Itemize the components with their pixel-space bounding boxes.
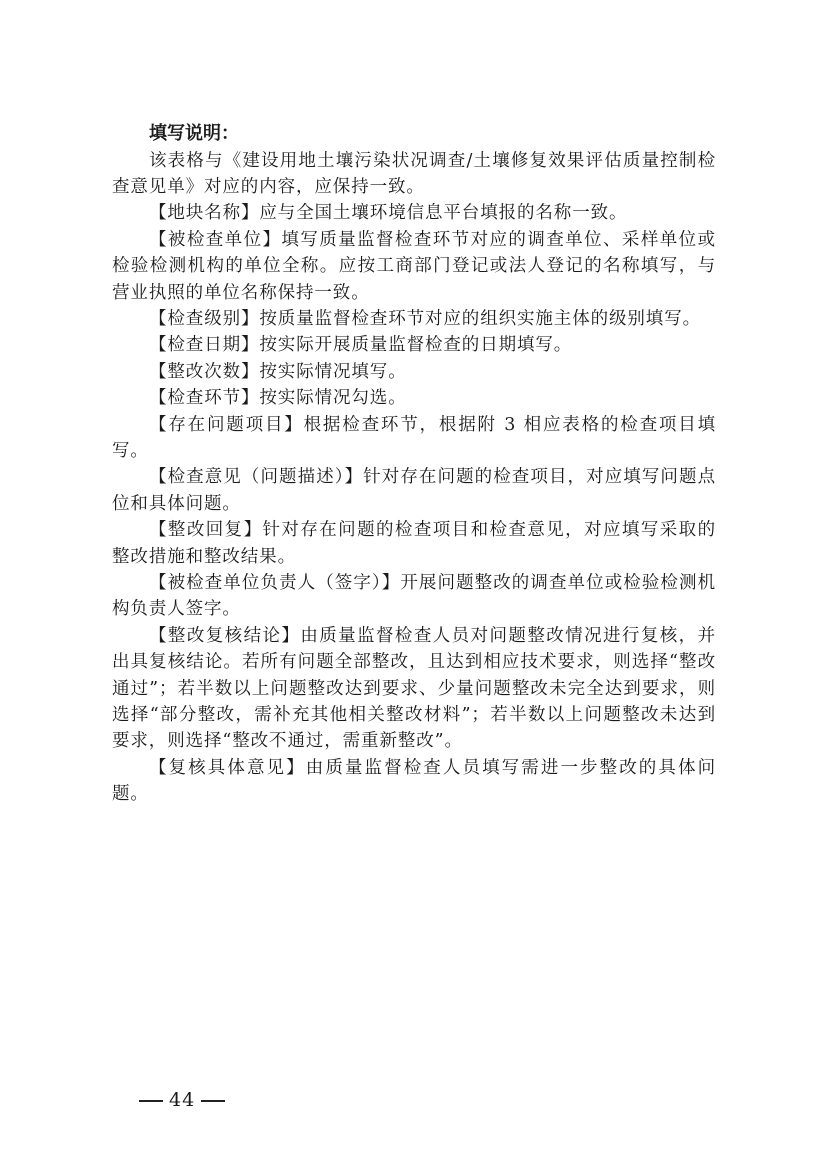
paragraph-review-opinion: 【复核具体意见】由质量监督检查人员填写需进一步整改的具体问题。 — [112, 755, 716, 808]
document-page: 填写说明： 该表格与《建设用地土壤污染状况调查/土壤修复效果评估质量控制检查意见… — [112, 121, 716, 808]
paragraph-inspection-opinion: 【检查意见（问题描述）】针对存在问题的检查项目，对应填写问题点位和具体问题。 — [112, 464, 716, 517]
paragraph-problem-items: 【存在问题项目】根据检查环节，根据附 3 相应表格的检查项目填写。 — [112, 412, 716, 465]
paragraph-inspection-level: 【检查级别】按质量监督检查环节对应的组织实施主体的级别填写。 — [112, 306, 716, 332]
paragraph-unit-signature: 【被检查单位负责人（签字）】开展问题整改的调查单位或检验检测机构负责人签字。 — [112, 570, 716, 623]
paragraph-plot-name: 【地块名称】应与全国土壤环境信息平台填报的名称一致。 — [112, 200, 716, 226]
paragraph-rectification-count: 【整改次数】按实际情况填写。 — [112, 359, 716, 385]
instructions-title: 填写说明： — [149, 121, 716, 148]
left-dash-decoration — [139, 1100, 163, 1101]
paragraph-inspection-stage: 【检查环节】按实际情况勾选。 — [112, 385, 716, 411]
page-number: 44 — [169, 1089, 195, 1111]
page-footer: 44 — [133, 1089, 231, 1111]
paragraph-intro: 该表格与《建设用地土壤污染状况调查/土壤修复效果评估质量控制检查意见单》对应的内… — [112, 148, 716, 201]
paragraph-inspection-date: 【检查日期】按实际开展质量监督检查的日期填写。 — [112, 332, 716, 358]
paragraph-review-conclusion: 【整改复核结论】由质量监督检查人员对问题整改情况进行复核，并出具复核结论。若所有… — [112, 623, 716, 755]
paragraph-inspected-unit: 【被检查单位】填写质量监督检查环节对应的调查单位、采样单位或检验检测机构的单位全… — [112, 227, 716, 306]
right-dash-decoration — [201, 1100, 225, 1101]
paragraph-rectification-reply: 【整改回复】针对存在问题的检查项目和检查意见，对应填写采取的整改措施和整改结果。 — [112, 517, 716, 570]
